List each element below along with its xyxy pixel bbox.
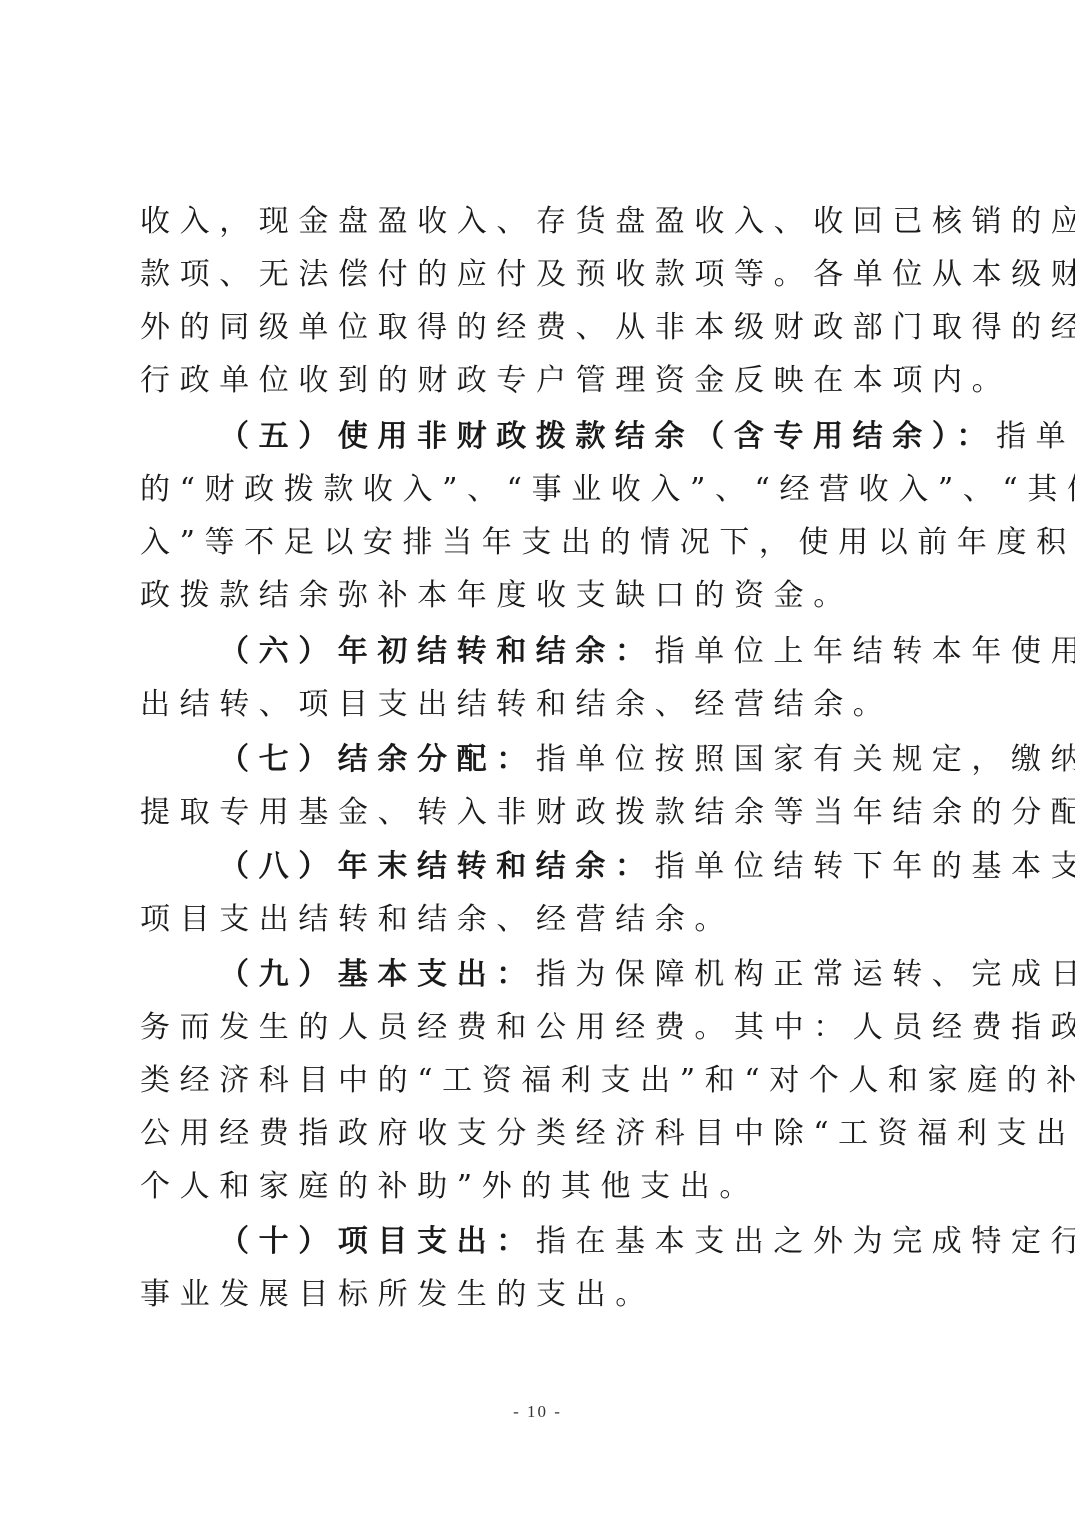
text: 款项、无法偿付的应付及预收款项等。各单位从本级财政部门以: [140, 257, 1075, 292]
section-6-heading: （六）年初结转和结余：: [219, 634, 655, 669]
text: 入”等不足以安排当年支出的情况下，使用以前年度积累的非财: [140, 525, 1075, 560]
body-text-line: 行政单位收到的财政专户管理资金反映在本项内。: [140, 361, 940, 401]
text: 项目支出结转和结余、经营结余。: [140, 902, 734, 937]
body-text-line: 收入，现金盘盈收入、存货盘盈收入、收回已核销的应收及预付: [140, 202, 940, 242]
body-text-line: 类经济科目中的“工资福利支出”和“对个人和家庭的补助”；: [140, 1061, 940, 1101]
text: 个人和家庭的补助”外的其他支出。: [140, 1169, 759, 1204]
body-text-line: 政拨款结余弥补本年度收支缺口的资金。: [140, 576, 940, 616]
section-10-text: 指在基本支出之外为完成特定行政任务和: [536, 1224, 1075, 1259]
section-9-heading: （九）基本支出：: [219, 957, 536, 992]
section-7-text: 指单位按照国家有关规定，缴纳所得税、: [536, 742, 1075, 777]
section-5-heading: （五）使用非财政拨款结余（含专用结余）：: [219, 419, 996, 454]
text: 出结转、项目支出结转和结余、经营结余。: [140, 687, 892, 722]
text: 的“财政拨款收入”、“事业收入”、“经营收入”、“其他收: [140, 472, 1075, 507]
section-9-text: 指为保障机构正常运转、完成日常工作任: [536, 957, 1075, 992]
text: 政拨款结余弥补本年度收支缺口的资金。: [140, 578, 853, 613]
body-text-line: 出结转、项目支出结转和结余、经营结余。: [140, 685, 940, 725]
body-text-line: 务而发生的人员经费和公用经费。其中：人员经费指政府收支分: [140, 1008, 940, 1048]
text: 务而发生的人员经费和公用经费。其中：人员经费指政府收支分: [140, 1010, 1075, 1045]
body-text-line: 款项、无法偿付的应付及预收款项等。各单位从本级财政部门以: [140, 255, 940, 295]
section-7-first-line: （七）结余分配：指单位按照国家有关规定，缴纳所得税、: [219, 740, 1019, 780]
section-5-first-line: （五）使用非财政拨款结余（含专用结余）：指单位在当年: [219, 417, 1019, 457]
section-8-first-line: （八）年末结转和结余：指单位结转下年的基本支出结转、: [219, 847, 1019, 887]
body-text-line: 提取专用基金、转入非财政拨款结余等当年结余的分配情况。: [140, 793, 940, 833]
document-page: 收入，现金盘盈收入、存货盘盈收入、收回已核销的应收及预付 款项、无法偿付的应付及…: [0, 0, 1075, 1520]
body-text-line: 的“财政拨款收入”、“事业收入”、“经营收入”、“其他收: [140, 470, 940, 510]
text: 公用经费指政府收支分类经济科目中除“工资福利支出”和“对: [140, 1116, 1075, 1151]
body-text-line: 个人和家庭的补助”外的其他支出。: [140, 1167, 940, 1207]
body-text-line: 外的同级单位取得的经费、从非本级财政部门取得的经费，以及: [140, 308, 940, 348]
body-text-line: 公用经费指政府收支分类经济科目中除“工资福利支出”和“对: [140, 1114, 940, 1154]
body-text-line: 入”等不足以安排当年支出的情况下，使用以前年度积累的非财: [140, 523, 940, 563]
section-9-first-line: （九）基本支出：指为保障机构正常运转、完成日常工作任: [219, 955, 1019, 995]
body-text-line: 事业发展目标所发生的支出。: [140, 1275, 940, 1315]
body-text-line: 项目支出结转和结余、经营结余。: [140, 900, 940, 940]
page-number: - 10 -: [0, 1402, 1075, 1422]
text: 收入，现金盘盈收入、存货盘盈收入、收回已核销的应收及预付: [140, 204, 1075, 239]
section-7-heading: （七）结余分配：: [219, 742, 536, 777]
text: 行政单位收到的财政专户管理资金反映在本项内。: [140, 363, 1011, 398]
text: 事业发展目标所发生的支出。: [140, 1277, 655, 1312]
section-5-text: 指单位在当年: [996, 419, 1075, 454]
section-8-text: 指单位结转下年的基本支出结转、: [655, 849, 1075, 884]
section-6-text: 指单位上年结转本年使用的基本支: [655, 634, 1075, 669]
text: 提取专用基金、转入非财政拨款结余等当年结余的分配情况。: [140, 795, 1075, 830]
section-10-first-line: （十）项目支出：指在基本支出之外为完成特定行政任务和: [219, 1222, 1019, 1262]
section-6-first-line: （六）年初结转和结余：指单位上年结转本年使用的基本支: [219, 632, 1019, 672]
text: 类经济科目中的“工资福利支出”和“对个人和家庭的补助”；: [140, 1063, 1075, 1098]
section-8-heading: （八）年末结转和结余：: [219, 849, 655, 884]
section-10-heading: （十）项目支出：: [219, 1224, 536, 1259]
text: 外的同级单位取得的经费、从非本级财政部门取得的经费，以及: [140, 310, 1075, 345]
